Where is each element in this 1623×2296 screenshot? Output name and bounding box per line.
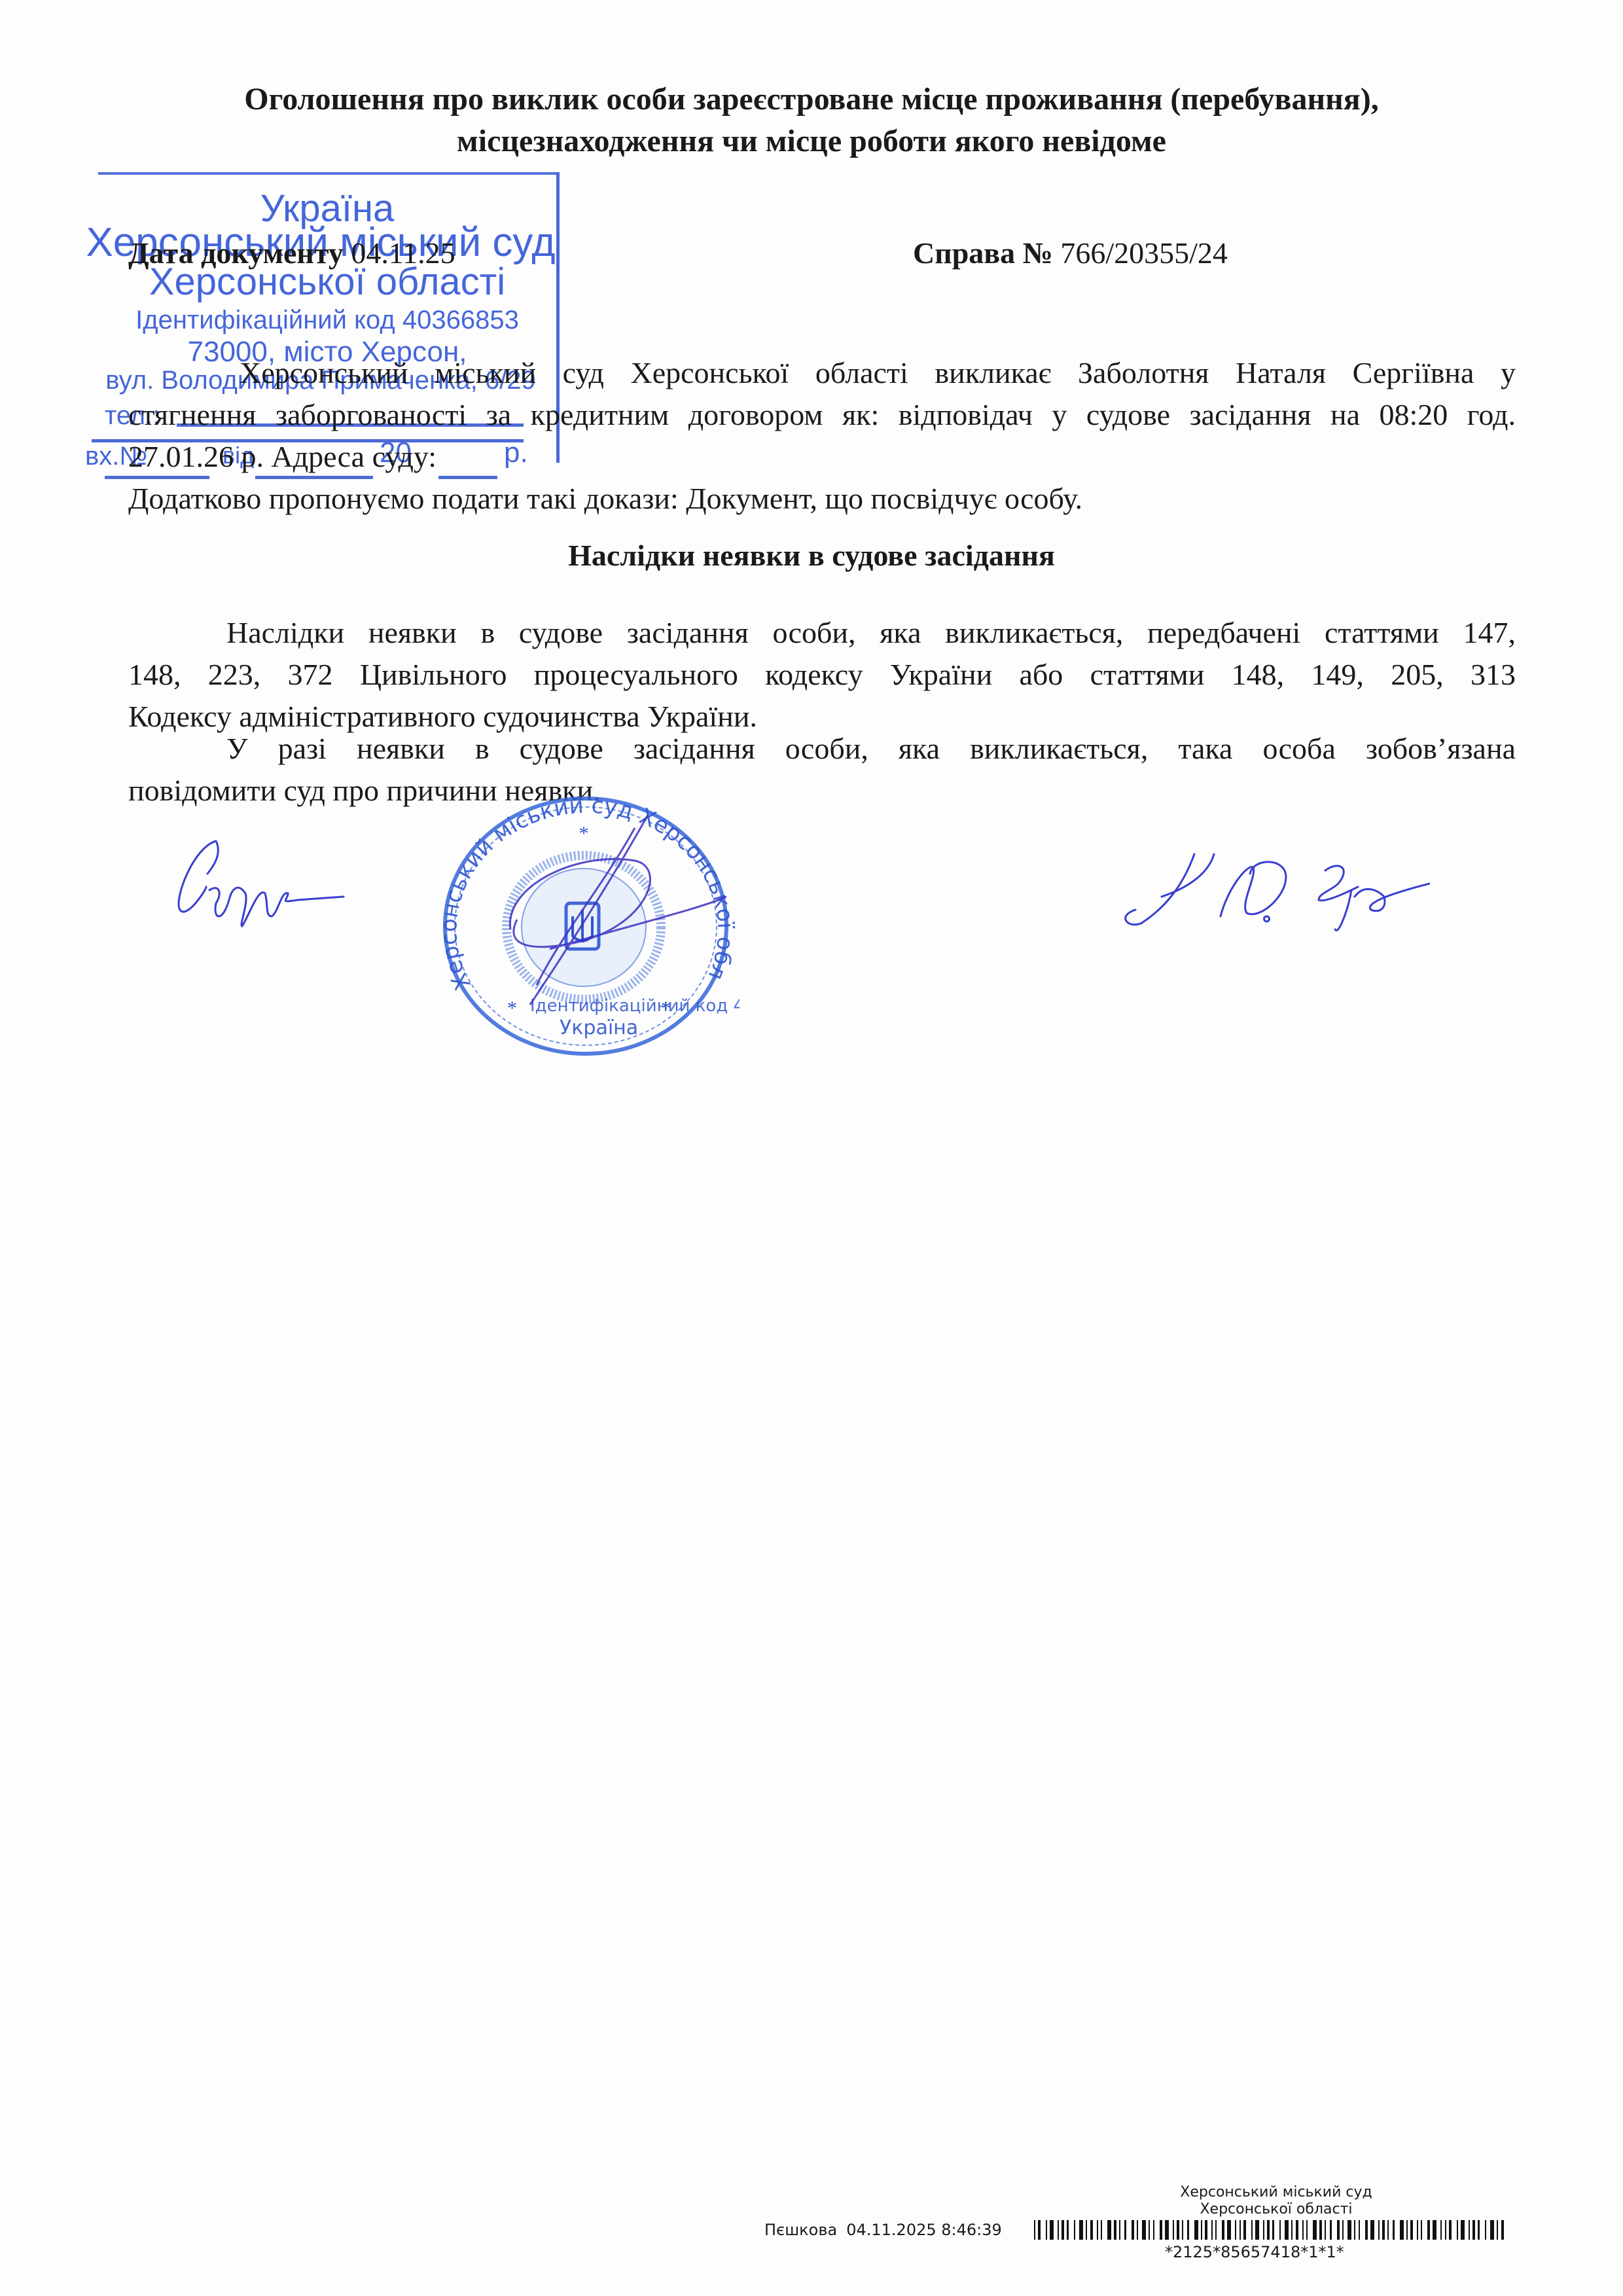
obligation-line-2: повідомити суд про причини неявки. <box>128 770 1516 812</box>
summons-line-3: 27.01.26 р. Адреса суду: <box>128 436 1516 478</box>
signature-left-icon <box>167 828 363 939</box>
svg-text:*: * <box>507 997 517 1019</box>
date-value: 04.11.25 <box>351 236 455 270</box>
footer-clerk: Пєшкова <box>764 2221 837 2239</box>
footer-registration: Пєшкова 04.11.2025 8:46:39 <box>764 2221 1002 2239</box>
case-number: Справа № 766/20355/24 <box>913 236 1228 270</box>
evidence-paragraph: Додатково пропонуємо подати такі докази:… <box>128 478 1516 520</box>
round-seal-icon: Херсонський міський суд Херсонської обла… <box>432 789 740 1064</box>
consequences-paragraph: Наслідки неявки в судове засідання особи… <box>128 612 1516 738</box>
consequences-heading: Наслідки неявки в судове засідання <box>0 538 1623 573</box>
summons-paragraph: Херсонський міський суд Херсонської обла… <box>128 352 1516 478</box>
stamp-id-code: Ідентифікаційний код 40366853 <box>98 306 556 335</box>
footer-court-name: Херсонський міський суд Херсонської обла… <box>1113 2184 1440 2218</box>
signature-right-icon <box>1090 838 1430 936</box>
date-label: Дата документу <box>128 236 344 270</box>
svg-text:Ідентифікаційний код 40366853: Ідентифікаційний код 40366853 <box>530 996 740 1016</box>
summons-line-1: Херсонський міський суд Херсонської обла… <box>240 356 1516 389</box>
document-date: Дата документу 04.11.25 <box>128 236 455 270</box>
svg-text:*: * <box>661 997 671 1019</box>
document-title: Оголошення про виклик особи зареєстрован… <box>0 79 1623 162</box>
svg-text:*: * <box>579 823 589 844</box>
footer-court-line-2: Херсонської області <box>1113 2201 1440 2218</box>
consequences-line-1: Наслідки неявки в судове засідання особи… <box>226 616 1516 649</box>
obligation-line-1: У разі неявки в судове засідання особи, … <box>226 732 1516 765</box>
title-line-2: місцезнаходження чи місце роботи якого н… <box>0 120 1623 162</box>
document-page: Україна Херсонський міський суд Херсонсь… <box>0 0 1623 2296</box>
barcode-text: *2125*85657418*1*1* <box>1165 2243 1344 2261</box>
consequences-line-2: 148, 223, 372 Цивільного процесуального … <box>128 654 1516 696</box>
footer-court-line-1: Херсонський міський суд <box>1113 2184 1440 2201</box>
case-number-value: 766/20355/24 <box>1060 236 1228 270</box>
case-label: Справа № <box>913 236 1053 270</box>
barcode-icon <box>1034 2220 1515 2240</box>
summons-line-2: стягнення заборгованості за кредитним до… <box>128 394 1516 436</box>
obligation-paragraph: У разі неявки в судове засідання особи, … <box>128 728 1516 812</box>
title-line-1: Оголошення про виклик особи зареєстрован… <box>0 79 1623 120</box>
footer-timestamp: 04.11.2025 8:46:39 <box>846 2221 1002 2239</box>
svg-text:Україна: Україна <box>560 1016 638 1039</box>
